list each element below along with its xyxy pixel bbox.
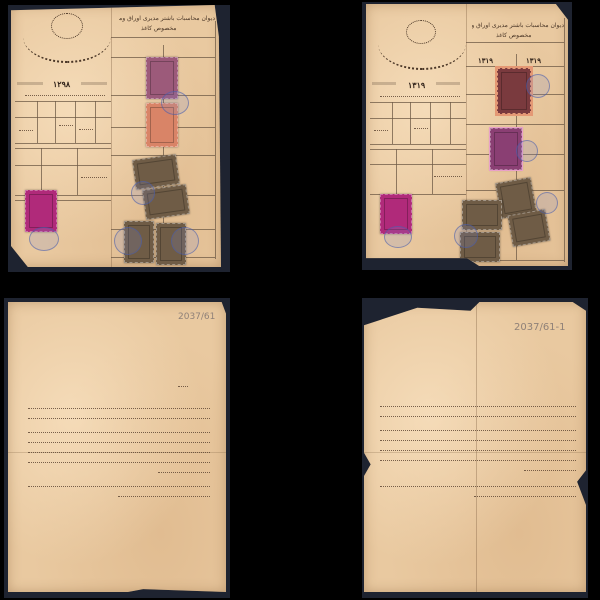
seal-blue: [526, 74, 550, 98]
seal-blue: [536, 192, 558, 214]
year-cell-left: ۱۳۱۹: [478, 56, 493, 65]
seal-blue: [29, 227, 59, 251]
seal-blue: [516, 140, 538, 162]
document-sheet: ۱۳۱۹ دیوان محاسبات باشتر مدیری اوراق ومت…: [366, 4, 568, 266]
calligraphy-arc: [378, 44, 466, 70]
document-sheet: 2037/61-1: [364, 302, 586, 592]
seal-blue: [171, 227, 199, 255]
document-panel-back-right: 2037/61-1: [362, 298, 588, 598]
document-panel-front-left: ۱۲۹۸ دیوان محاسبات باشتر مدیری اوراق ومت…: [8, 5, 230, 272]
revenue-stamp-magenta: [25, 190, 57, 232]
revenue-stamp-dark-red: [497, 68, 531, 114]
document-sheet: ۱۲۹۸ دیوان محاسبات باشتر مدیری اوراق ومت…: [11, 5, 221, 267]
year-center: ۱۲۹۸: [53, 79, 70, 89]
document-panel-back-left: 2037/61: [4, 298, 230, 598]
archive-number: 2037/61-1: [514, 322, 566, 333]
document-sheet: 2037/61: [8, 302, 226, 592]
header-sub-text: مخصوص کاغذ: [141, 25, 177, 32]
tughra-emblem: [406, 20, 436, 44]
seal-blue: [131, 181, 155, 205]
seal-blue: [454, 224, 478, 248]
calligraphy-arc: [23, 37, 111, 63]
header-right-text: دیوان محاسبات باشتر مدیری اوراق ومتفرقه …: [119, 15, 215, 22]
year-center: ۱۳۱۹: [408, 80, 425, 90]
year-cell-right: ۱۳۱۹: [526, 56, 541, 65]
header-sub-text: مخصوص کاغذ: [496, 32, 532, 39]
archive-number: 2037/61: [178, 312, 215, 322]
revenue-stamp-brown: [508, 209, 551, 247]
seal-blue: [161, 91, 189, 115]
header-right-text: دیوان محاسبات باشتر مدیری اوراق ومتفرقه …: [472, 22, 564, 29]
seal-blue: [384, 226, 412, 248]
tughra-emblem: [51, 13, 83, 39]
document-panel-front-right: ۱۳۱۹ دیوان محاسبات باشتر مدیری اوراق ومت…: [362, 2, 572, 270]
seal-blue: [114, 227, 142, 255]
